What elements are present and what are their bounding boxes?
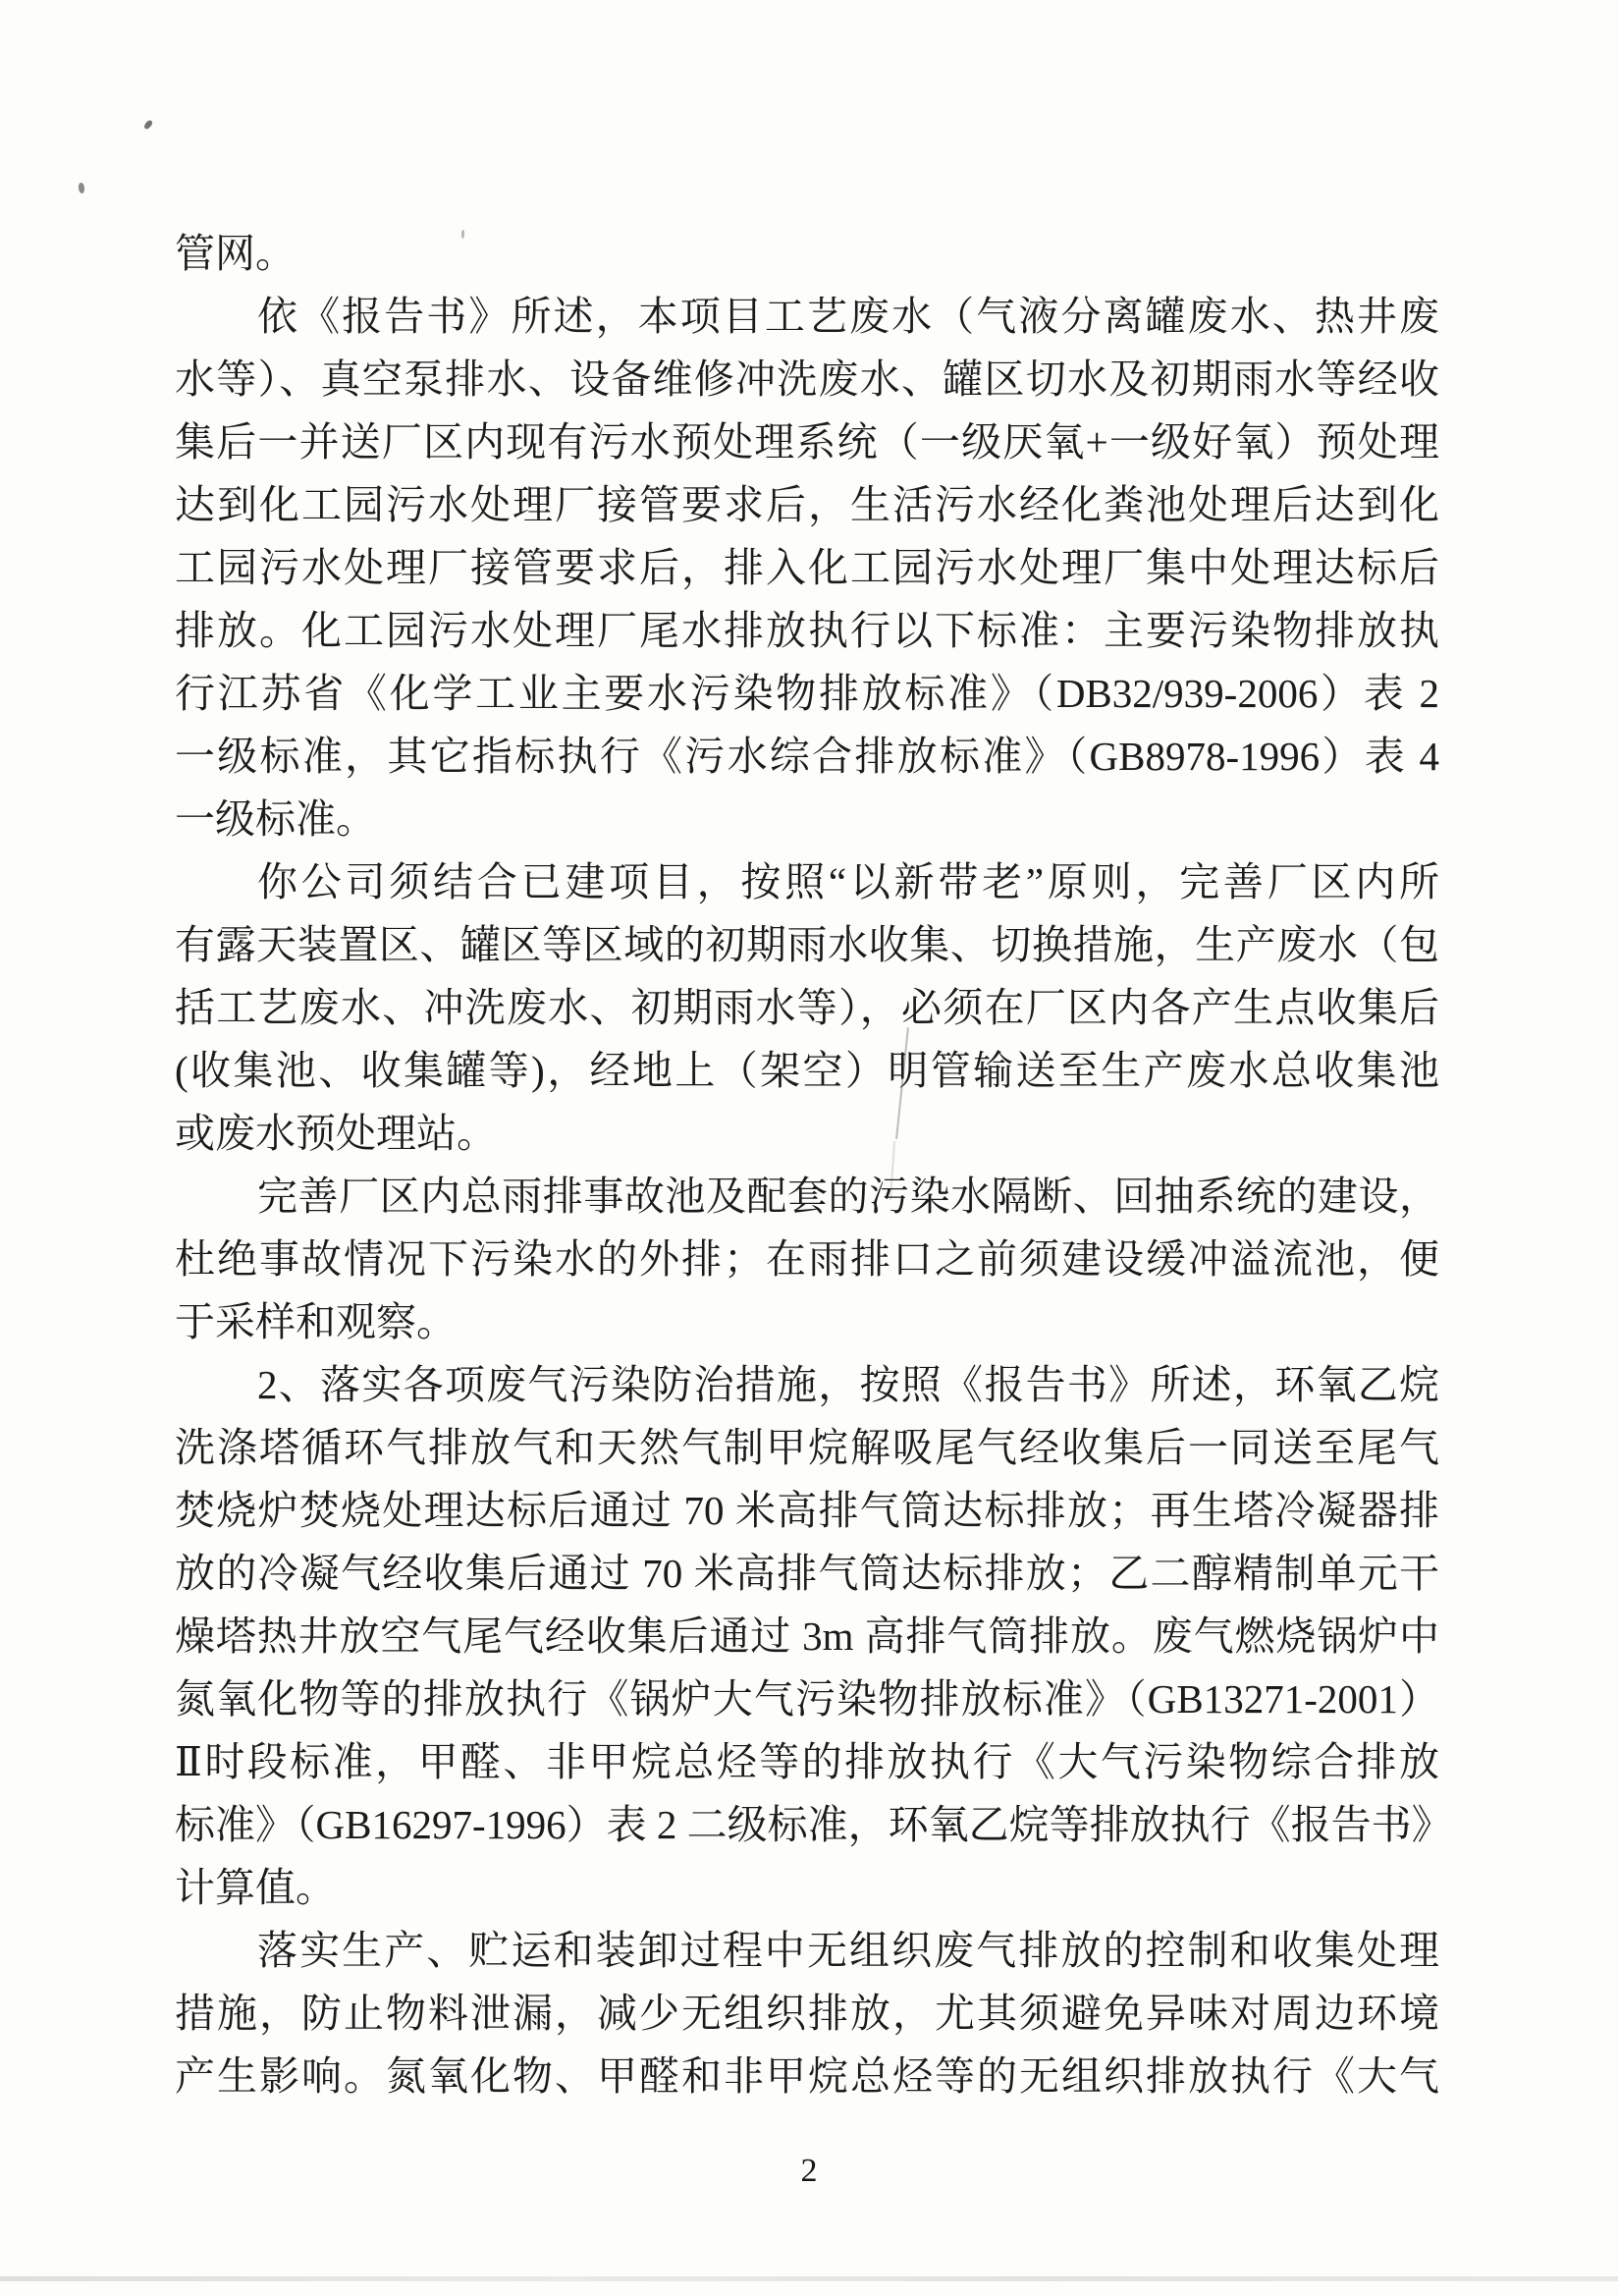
text-line: 依《报告书》所述，本项目工艺废水（气液分离罐废水、热井废 [175,285,1439,348]
text-line: 洗涤塔循环气排放气和天然气制甲烷解吸尾气经收集后一同送至尾气 [175,1416,1439,1479]
text-line: 排放。化工园污水处理厂尾水排放执行以下标准：主要污染物排放执 [175,599,1439,662]
text-line: 计算值。 [175,1856,1439,1919]
text-line: 工园污水处理厂接管要求后，排入化工园污水处理厂集中处理达标后 [175,536,1439,599]
text-line: 有露天装置区、罐区等区域的初期雨水收集、切换措施，生产废水（包 [175,913,1439,976]
text-line: 完善厂区内总雨排事故池及配套的污染水隔断、回抽系统的建设， [175,1165,1439,1228]
text-line: 放的冷凝气经收集后通过 70 米高排气筒达标排放；乙二醇精制单元干 [175,1542,1439,1605]
text-line: 氮氧化物等的排放执行《锅炉大气污染物排放标准》（GB13271-2001） [175,1667,1439,1730]
document-page: 管网。 依《报告书》所述，本项目工艺废水（气液分离罐废水、热井废 水等）、真空泵… [0,0,1618,2296]
scan-speck [143,119,154,131]
text-line: 措施，防止物料泄漏，减少无组织排放，尤其须避免异味对周边环境 [175,1982,1439,2045]
body-text: 管网。 依《报告书》所述，本项目工艺废水（气液分离罐废水、热井废 水等）、真空泵… [175,222,1439,2107]
text-line: 焚烧炉焚烧处理达标后通过 70 米高排气筒达标排放；再生塔冷凝器排 [175,1479,1439,1542]
text-line: 于采样和观察。 [175,1290,1439,1353]
text-line: 标准》（GB16297-1996）表 2 二级标准，环氧乙烷等排放执行《报告书》 [175,1793,1439,1856]
text-line: 一级标准，其它指标执行《污水综合排放标准》（GB8978-1996）表 4 [175,725,1439,788]
text-line: 水等）、真空泵排水、设备维修冲洗废水、罐区切水及初期雨水等经收 [175,348,1439,410]
text-line: (收集池、收集罐等)，经地上（架空）明管输送至生产废水总收集池 [175,1039,1439,1102]
text-line: Ⅱ时段标准，甲醛、非甲烷总烃等的排放执行《大气污染物综合排放 [175,1730,1439,1793]
scan-edge-shadow [0,2276,1618,2281]
text-line: 产生影响。氮氧化物、甲醛和非甲烷总烃等的无组织排放执行《大气 [175,2045,1439,2107]
text-line: 管网。 [175,222,1439,285]
text-line: 杜绝事故情况下污染水的外排；在雨排口之前须建设缓冲溢流池，便 [175,1228,1439,1290]
text-line: 或废水预处理站。 [175,1102,1439,1165]
text-line: 达到化工园污水处理厂接管要求后，生活污水经化粪池处理后达到化 [175,473,1439,536]
page-number: 2 [0,2153,1618,2190]
text-line: 括工艺废水、冲洗废水、初期雨水等），必须在厂区内各产生点收集后 [175,976,1439,1039]
scan-speck [78,183,85,194]
text-line: 你公司须结合已建项目，按照“以新带老”原则，完善厂区内所 [175,850,1439,913]
text-line: 2、落实各项废气污染防治措施，按照《报告书》所述，环氧乙烷 [175,1353,1439,1416]
text-line: 集后一并送厂区内现有污水预处理系统（一级厌氧+一级好氧）预处理 [175,410,1439,473]
text-line: 燥塔热井放空气尾气经收集后通过 3m 高排气筒排放。废气燃烧锅炉中 [175,1605,1439,1667]
text-line: 一级标准。 [175,788,1439,850]
text-line: 行江苏省《化学工业主要水污染物排放标准》（DB32/939-2006）表 2 [175,662,1439,725]
text-line: 落实生产、贮运和装卸过程中无组织废气排放的控制和收集处理 [175,1919,1439,1982]
